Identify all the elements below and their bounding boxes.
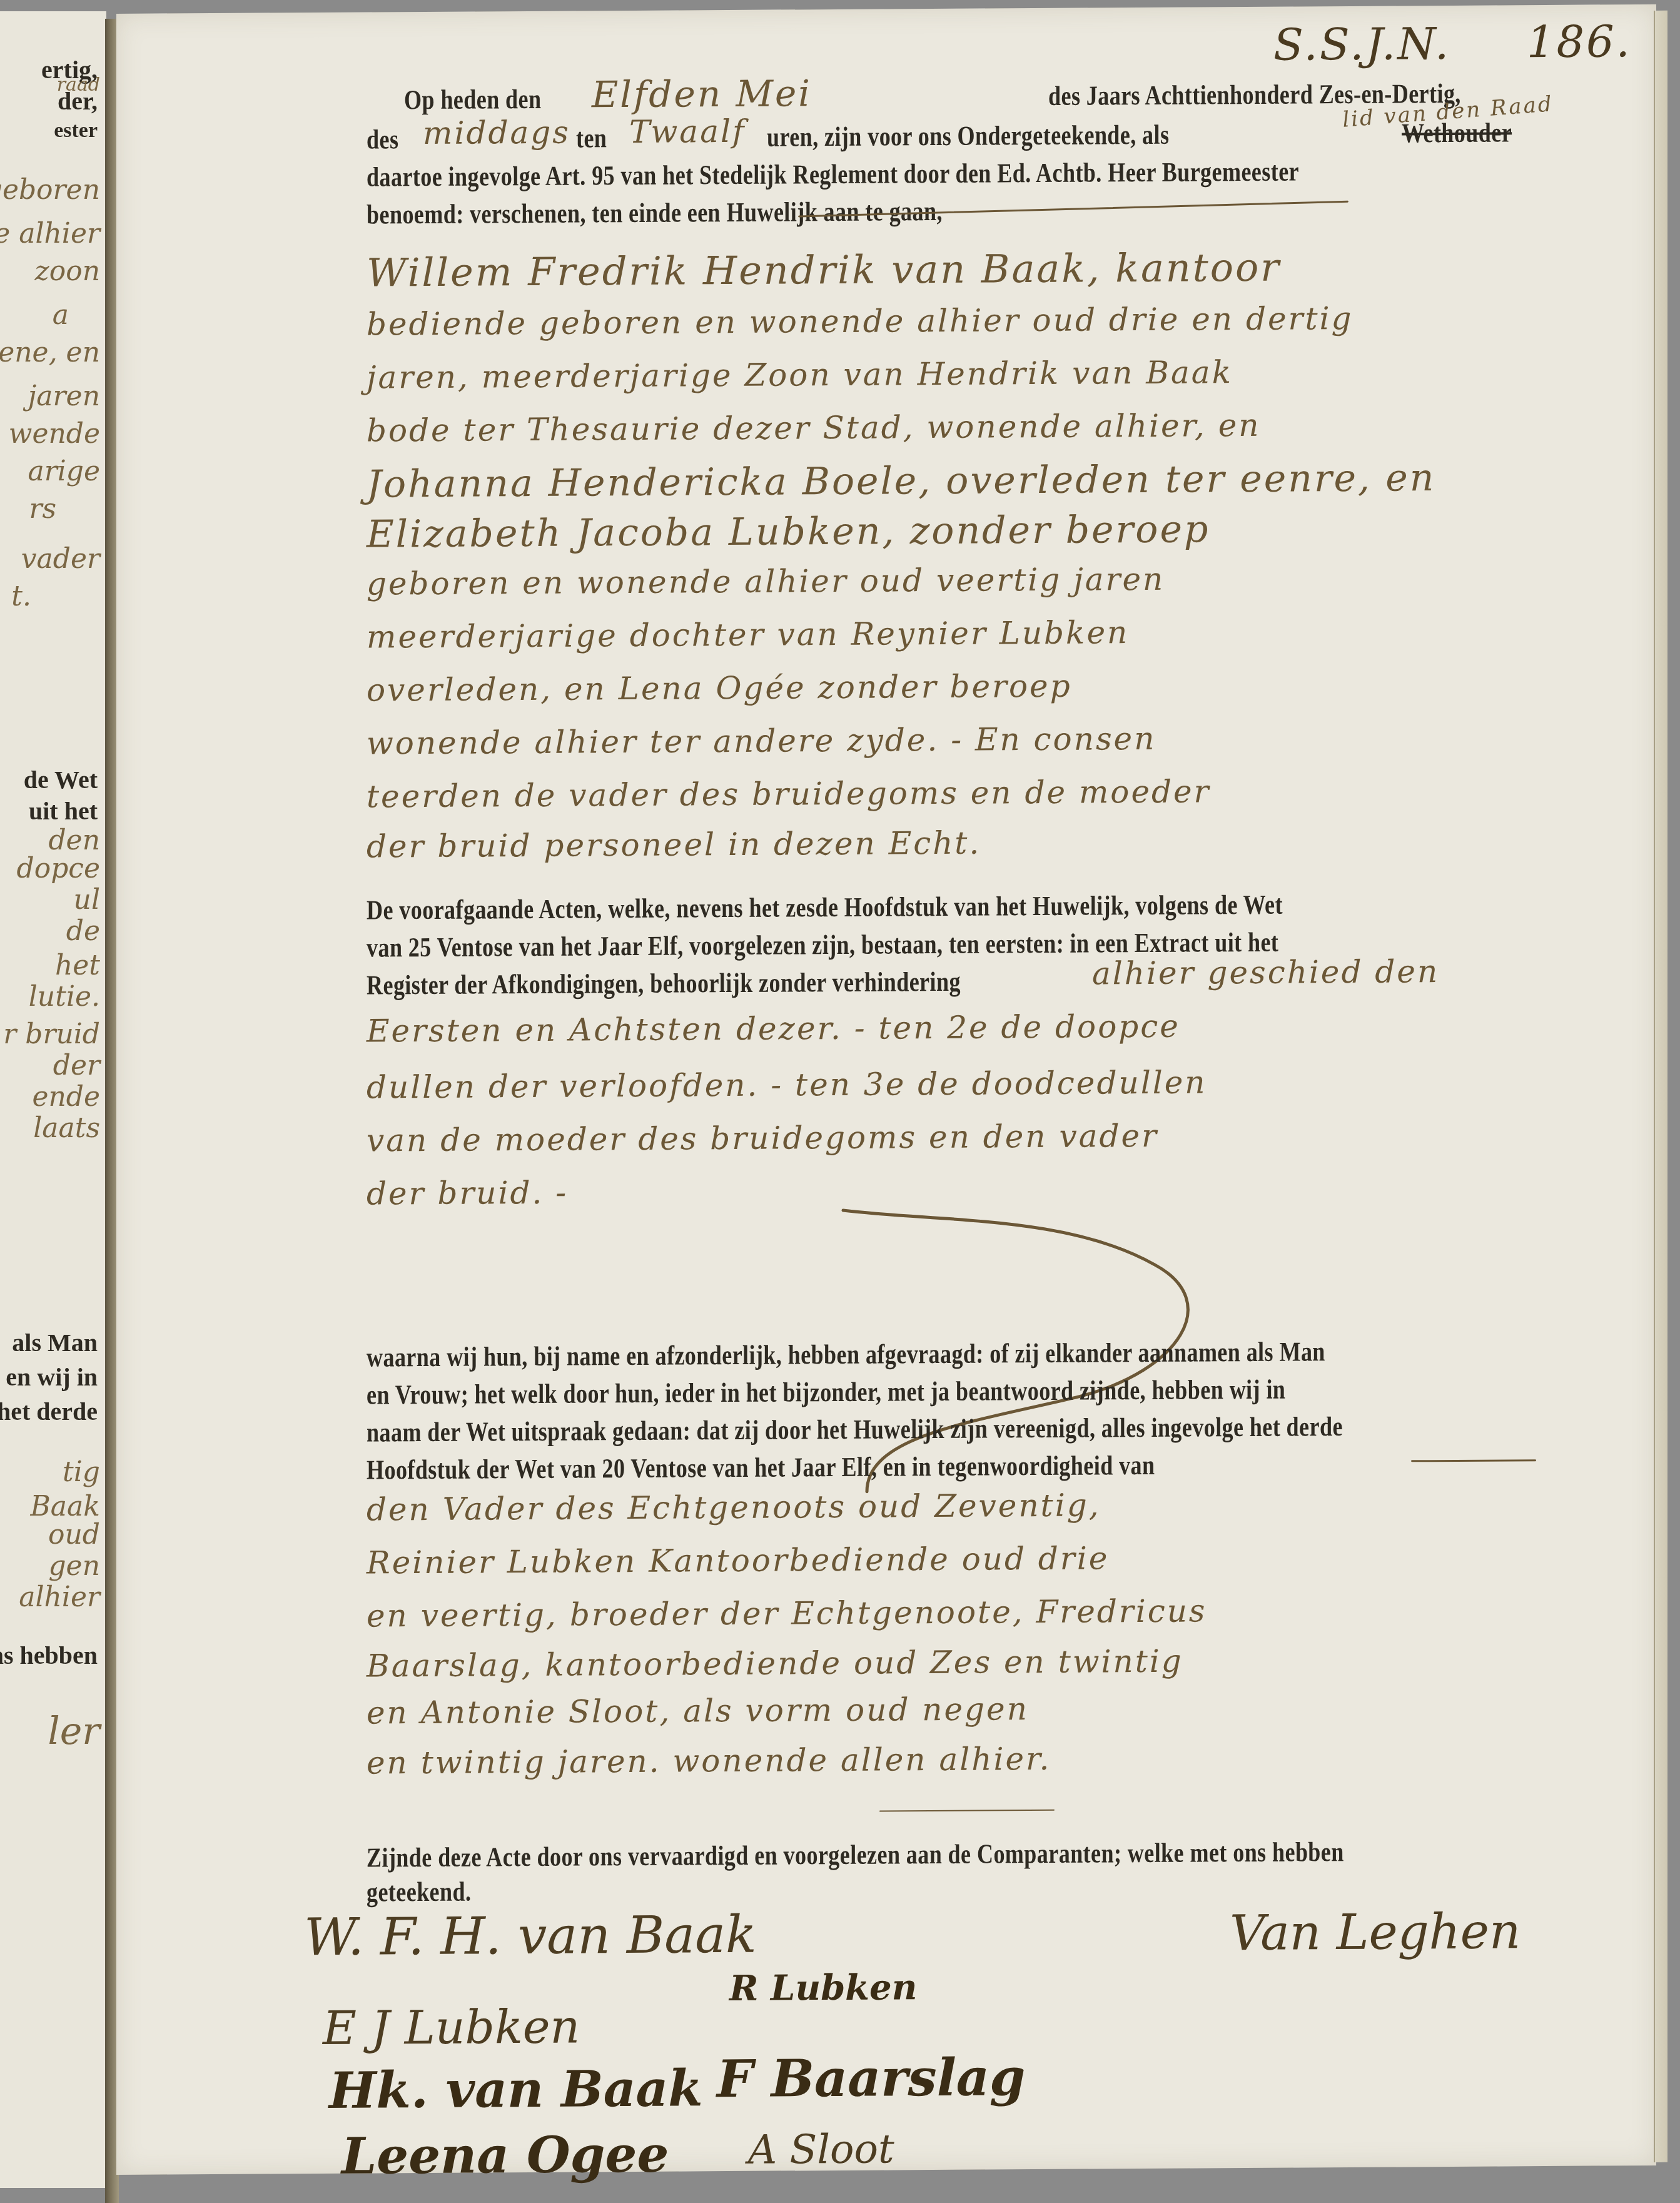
signature-mother-bride: Leena Ogee (342, 2125, 669, 2185)
parties-line: jaren, meerderjarige Zoon van Hendrik va… (367, 354, 1233, 395)
marriage-date: Elfden Mei (592, 72, 812, 116)
opening-print: des (367, 123, 398, 155)
left-hand-fragment: de (66, 915, 100, 947)
left-hand-fragment: dopce (16, 853, 100, 884)
left-hand-fragment: ler (48, 1709, 100, 1753)
opening-print: daartoe ingevolge Art. 95 van het Stedel… (367, 155, 1299, 193)
opening-print: benoemd: verschenen, ten einde een Huwel… (367, 195, 943, 231)
left-hand-fragment: ende (32, 1081, 100, 1113)
left-hand-fragment: het (55, 950, 100, 981)
opening-print: Op heden den (404, 83, 541, 116)
witness-line: Baarslag, kantoorbediende oud Zes en twi… (367, 1643, 1183, 1684)
left-hand-fragment: rs (29, 493, 56, 525)
left-page-fragment: ertig, raad der, ester geboren de alhier… (0, 11, 106, 2188)
witness-line: Reinier Lubken Kantoorbediende oud drie (367, 1540, 1109, 1581)
struck-word: Wethouder (1402, 116, 1512, 149)
closing-print: Zijnde deze Acte door ons vervaardigd en… (367, 1836, 1344, 1874)
left-print-fragment: als Man (12, 1328, 98, 1357)
left-hand-fragment: r bruid (3, 1018, 100, 1050)
declaration-print: Hoofdstuk der Wet van 20 Ventose van het… (367, 1449, 1155, 1486)
left-hand-fragment: arige (28, 455, 100, 487)
left-hand-fragment: ene, en (0, 337, 100, 368)
acts-hand-line: dullen der verloofden. - ten 3e de doodc… (367, 1064, 1207, 1105)
left-hand-fragment: Baak (31, 1491, 100, 1522)
signature-baarslag: F Baarslag (717, 2047, 1025, 2109)
left-hand-fragment: geboren (0, 174, 100, 206)
parties-line: overleden, en Lena Ogée zonder beroep (367, 668, 1072, 709)
parties-line: Elizabeth Jacoba Lubken, zonder beroep (367, 507, 1210, 556)
time-of-day: middags (423, 114, 570, 151)
parties-line: wonende alhier ter andere zyde. - En con… (367, 721, 1156, 762)
fill-line (1411, 1459, 1536, 1462)
signature-official: Van Leghen (1230, 1903, 1521, 1962)
declaration-print: naam der Wet uitspraak gedaan: dat zij d… (367, 1410, 1343, 1449)
left-print-fragment: en wij in (6, 1362, 98, 1392)
hour: Twaalf (629, 113, 746, 150)
declaration-print: waarna wij hun, bij name en afzonderlijk… (367, 1335, 1325, 1373)
parties-line: der bruid personeel in dezen Echt. (367, 825, 981, 865)
acts-print: Register der Afkondigingen, behoorlijk z… (367, 966, 961, 1001)
parties-line: bediende geboren en wonende alhier oud d… (367, 300, 1353, 343)
parties-line: meerderjarige dochter van Reynier Lubken (367, 614, 1129, 655)
left-hand-fragment: den (48, 824, 100, 856)
signature-sloot: A Sloot (748, 2126, 894, 2173)
signature-reinier-lubken: R Lubken (729, 1967, 917, 2009)
left-hand-fragment: oud (48, 1519, 100, 1551)
acts-hand-inline: alhier geschied den (1092, 953, 1439, 991)
left-print-fragment: de Wet (24, 765, 98, 794)
acts-print: De voorafgaande Acten, welke, nevens het… (367, 889, 1283, 926)
acts-hand-line: Eersten en Achtsten dezer. - ten 2e de d… (367, 1008, 1180, 1050)
parties-line: bode ter Thesaurie dezer Stad, wonende a… (367, 407, 1261, 449)
left-hand-fragment: zoon (35, 255, 101, 287)
signature-father-groom: Hk. van Baak (329, 2059, 703, 2120)
left-hand-fragment: laats (33, 1112, 100, 1144)
signature-bride: E J Lubken (323, 2000, 580, 2055)
parties-line: geboren en wonende alhier oud veertig ja… (367, 561, 1165, 602)
opening-print: uren, zijn voor ons Ondergeteekende, als (767, 119, 1169, 153)
left-hand-fragment: t. (11, 580, 31, 612)
left-print-fragment: uit het (29, 796, 98, 826)
register-page: S.S.J.N. 186. Op heden den Elfden Mei de… (116, 4, 1656, 2175)
parties-line: Johanna Hendericka Boele, overleden ter … (367, 456, 1435, 506)
left-print-fragment: ester (54, 119, 98, 143)
left-hand-fragment: jaren (28, 380, 100, 412)
left-hand-fragment: gen (48, 1550, 100, 1582)
left-hand-fragment: a (53, 299, 69, 331)
acts-hand-line: der bruid. - (367, 1175, 568, 1212)
page-edge (1654, 11, 1667, 2162)
separator-line (879, 1810, 1055, 1812)
left-hand-fragment: alhier (19, 1581, 100, 1613)
acts-hand-line: van de moeder des bruidegoms en den vade… (367, 1118, 1158, 1159)
left-print-fragment: der, (58, 86, 98, 116)
left-hand-fragment: der (53, 1050, 100, 1081)
left-hand-fragment: lutie. (29, 981, 100, 1013)
witness-line: en veertig, broeder der Echtgenoote, Fre… (367, 1593, 1207, 1634)
parties-line: teerden de vader des bruidegoms en de mo… (367, 773, 1211, 814)
witness-line: en Antonie Sloot, als vorm oud negen (367, 1691, 1029, 1731)
declaration-print: en Vrouw; het welk door hun, ieder in he… (367, 1374, 1285, 1411)
left-print-fragment: ns hebben (0, 1641, 98, 1670)
signature-groom: W. F. H. van Baak (304, 1905, 757, 1967)
left-hand-fragment: tig (63, 1456, 100, 1488)
opening-print: ten (576, 122, 607, 154)
left-print-fragment: het derde (0, 1397, 98, 1426)
left-hand-fragment: de alhier (0, 218, 100, 250)
left-hand-fragment: ul (74, 884, 100, 916)
witness-line: den Vader des Echtgenoots oud Zeventig, (367, 1487, 1101, 1527)
page-number: 186. (1527, 16, 1632, 68)
left-hand-fragment: wende (9, 418, 100, 450)
left-hand-fragment: vader (21, 543, 100, 575)
folio-code: S.S.J.N. (1273, 18, 1450, 71)
witness-line: en twintig jaren. wonende allen alhier. (367, 1741, 1051, 1781)
parties-line: Willem Fredrik Hendrik van Baak, kantoor (367, 245, 1281, 296)
closing-print: geteekend. (367, 1876, 471, 1908)
